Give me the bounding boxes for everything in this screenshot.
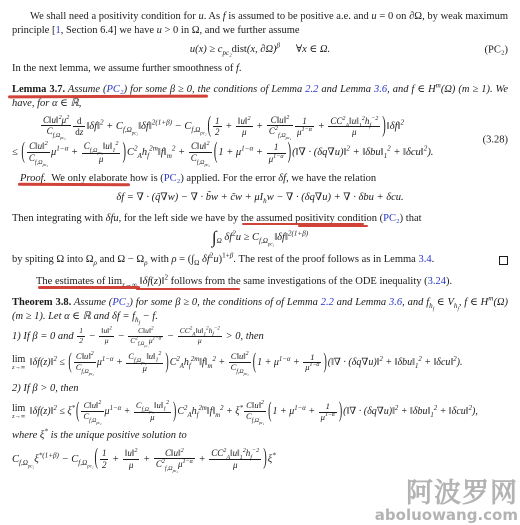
equation-case1: limz→∞ ‖δf(z)‖2 ≤ (C‖u‖2Cf,Ωpc₂μ1−α + Cf… [12, 352, 508, 374]
theorem-3-8: Theorem 3.8. Assume (PC₂) for some β ≥ 0… [12, 296, 508, 346]
equation-pc2-body: u(x) ≥ cpc₂dist(x, ∂Ω)β ∀x ∈ Ω. [190, 44, 330, 55]
red-underline-annotation [298, 225, 368, 228]
paragraph-integrating: Then integrating with δfu, for the left … [12, 212, 508, 226]
red-underline-annotation [8, 94, 208, 97]
equation-3-28-line2: ≤ (C‖u‖2Cf,Ωpc₂μ1−α + Cf,Ωpc₂‖u‖12μ)C2Ah… [12, 141, 508, 164]
paragraph-case2: 2) If β > 0, then [12, 382, 508, 396]
ref-link[interactable]: PC₂ [107, 84, 124, 95]
paragraph-next-lemma: In the next lemma, we assume further smo… [12, 62, 508, 76]
theorem-head: Theorem 3.8. Assume (PC₂) for some β ≥ 0… [12, 296, 508, 325]
red-underline-annotation [38, 286, 140, 289]
equation-xi: Cf,Ωpc₂ξ*(1+β) − Cf,Ωpc₂(12 + ‖u‖2μ + C‖… [12, 448, 508, 471]
ref-link[interactable]: PC₂ [112, 297, 129, 308]
paragraph-where-xi: where ξ* is the unique positive solution… [12, 429, 508, 443]
equation-integral: ∫Ω δf2u ≥ Cf,Ωpc₂‖δf‖2(1+β) [12, 231, 508, 246]
ref-link[interactable]: 3.6 [374, 84, 387, 95]
lemma-3-7: Lemma 3.7. Assume (PC₂) for some β ≥ 0, … [12, 83, 508, 110]
equation-label-3-28: (3.28) [483, 133, 508, 147]
watermark: 阿波罗网 aboluowang.com [375, 480, 518, 524]
paragraph-splitting: by spiting Ω into Ωρ and Ω − Ωρ with ρ =… [12, 253, 508, 267]
ref-link[interactable]: 2.2 [305, 84, 318, 95]
ref-link[interactable]: 1 [55, 25, 60, 36]
equation-3-28-line1: C‖u‖2μ2Cf,Ωpc₂ddz‖δf‖2 + Cf,Ωpc₂‖δf‖2(1+… [12, 115, 508, 138]
equation-deltaf: δf = ∇ · (q̃∇w) − ∇ · b̃w + c̃w + μIhw −… [12, 191, 508, 205]
watermark-url: aboluowang.com [375, 508, 518, 524]
ref-link[interactable]: 3.4 [418, 254, 431, 265]
paper-page: We shall need a positivity condition for… [0, 0, 520, 525]
ref-link[interactable]: PC₂ [383, 213, 400, 224]
paragraph-proof: Proof. We only elaborate how is (PC₂) ap… [12, 172, 508, 186]
qed-box [499, 256, 508, 265]
ref-link[interactable]: 3.6 [389, 297, 402, 308]
equation-3-28: C‖u‖2μ2Cf,Ωpc₂ddz‖δf‖2 + Cf,Ωpc₂‖δf‖2(1+… [12, 115, 508, 165]
ref-link[interactable]: PC₂ [164, 173, 181, 184]
red-underline-annotation [18, 183, 130, 186]
splitting-text: by spiting Ω into Ωρ and Ω − Ωρ with ρ =… [12, 254, 434, 265]
paragraph-positivity: We shall need a positivity condition for… [12, 10, 508, 37]
red-underline-annotation [136, 288, 240, 291]
equation-label-pc2: (PC₂) [485, 43, 509, 57]
equation-case2: limz→∞ ‖δf(z)‖2 ≤ ξ*(C‖u‖2Cf,Ωpc₂μ1−α + … [12, 401, 508, 423]
paragraph-estimates: The estimates of limz→∞ ‖δf(z)‖2 follows… [12, 275, 508, 289]
ref-link[interactable]: 2.2 [321, 297, 334, 308]
ref-link[interactable]: 3.24 [428, 276, 446, 287]
watermark-chinese: 阿波罗网 [375, 480, 518, 508]
equation-pc2: u(x) ≥ cpc₂dist(x, ∂Ω)β ∀x ∈ Ω. (PC₂) [12, 43, 508, 57]
theorem-case1-condition: 1) If β = 0 and 12 − ‖u‖2μ − C‖u‖2C2f,Ωp… [12, 327, 508, 346]
